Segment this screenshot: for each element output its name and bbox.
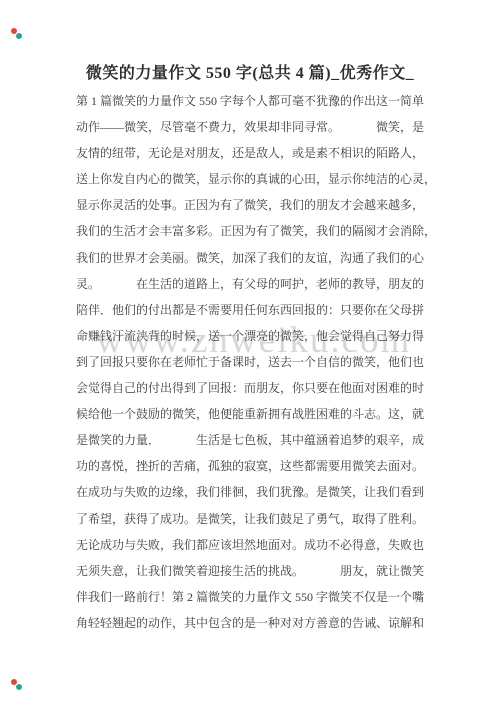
text-line: 功的喜悦，挫折的苦痛，孤独的寂寞，这些都需要用微笑去面对。 (76, 453, 424, 479)
text-line: 伴我们一路前行！第 2 篇微笑的力量作文 550 字微笑不仅是一个嘴 (76, 584, 424, 610)
text-line: 会觉得自己的付出得到了回报：而朋友，你只要在他面对困难的时 (76, 375, 424, 401)
text-segment: 我们的世界才会美丽。微笑，加深了我们的友谊，沟通了我们的心 (76, 251, 424, 265)
document-page: 微笑的力量作文 550 字(总共 4 篇)_优秀作文_ www.znweiku.… (0, 0, 500, 708)
text-segment: 无须失意，让我们微笑着迎接生活的挑战。 (76, 558, 304, 584)
text-line: 到了回报只要你在老师忙于备课时，送去一个自信的微笑，他们也 (76, 349, 424, 375)
text-segment: 是微笑的力量． (76, 427, 160, 453)
text-segment: 第 1 篇微笑的力量作文 550 字每个人都可毫不犹豫的作出这一简单 (76, 94, 424, 108)
text-line: 第 1 篇微笑的力量作文 550 字每个人都可毫不犹豫的作出这一简单 (76, 88, 424, 114)
text-segment: 灵。 (76, 271, 100, 297)
text-segment: 在生活的道路上，有父母的呵护，老师的教导，朋友的 (136, 271, 424, 297)
text-segment: 功的喜悦，挫折的苦痛，孤独的寂寞，这些都需要用微笑去面对。 (76, 459, 424, 473)
text-line: 在成功与失败的边缘，我们徘徊，我们犹豫。是微笑，让我们看到 (76, 479, 424, 505)
text-line: 友情的纽带，无论是对朋友，还是敌人，或是素不相识的陌路人， (76, 140, 424, 166)
text-line: 无须失意，让我们微笑着迎接生活的挑战。朋友，就让微笑 (76, 558, 424, 584)
text-segment: 角轻轻翘起的动作，其中包含的是一种对对方善意的告诫、谅解和 (76, 616, 424, 630)
text-line: 无论成功与失败，我们都应该坦然地面对。成功不必得意，失败也 (76, 532, 424, 558)
text-segment: 在成功与失败的边缘，我们徘徊，我们犹豫。是微笑，让我们看到 (76, 485, 424, 499)
text-segment: 动作——微笑，尽管毫不费力，效果却非同寻常。 (76, 114, 340, 140)
text-segment: 命赚钱汗流浃背的时候，送一个漂亮的微笑，他会觉得自己努力得 (76, 329, 424, 343)
text-segment: 我们的生活才会丰富多彩。正因为有了微笑，我们的隔阂才会消除， (76, 224, 436, 238)
text-line: 候给他一个鼓励的微笑，他便能重新拥有战胜困难的斗志。这，就 (76, 401, 424, 427)
text-segment: 生活是七色板，其中蕴涵着追梦的艰辛，成 (196, 427, 424, 453)
text-segment: 到了回报只要你在老师忙于备课时，送去一个自信的微笑，他们也 (76, 355, 424, 369)
text-line: 我们的生活才会丰富多彩。正因为有了微笑，我们的隔阂才会消除， (76, 218, 424, 244)
text-segment: 陪伴．他们的付出都是不需要用任何东西回报的：只要你在父母拼 (76, 303, 424, 317)
document-title: 微笑的力量作文 550 字(总共 4 篇)_优秀作文_ (0, 60, 500, 83)
text-segment: 微笑，是 (376, 114, 424, 140)
page-marker-teal-bottom-icon (16, 684, 22, 690)
text-segment: 会觉得自己的付出得到了回报：而朋友，你只要在他面对困难的时 (76, 381, 424, 395)
text-segment: 友情的纽带，无论是对朋友，还是敌人，或是素不相识的陌路人， (76, 146, 424, 160)
text-line: 动作——微笑，尽管毫不费力，效果却非同寻常。微笑，是 (76, 114, 424, 140)
text-line: 送上你发自内心的微笑，显示你的真诚的心田，显示你纯洁的心灵， (76, 166, 424, 192)
text-line: 陪伴．他们的付出都是不需要用任何东西回报的：只要你在父母拼 (76, 297, 424, 323)
page-marker-teal-top-icon (16, 33, 22, 39)
text-line: 角轻轻翘起的动作，其中包含的是一种对对方善意的告诫、谅解和 (76, 610, 424, 636)
text-segment: 伴我们一路前行！第 2 篇微笑的力量作文 550 字微笑不仅是一个嘴 (76, 590, 424, 604)
text-segment: 朋友，就让微笑 (340, 558, 424, 584)
text-segment: 了希望，获得了成功。是微笑，让我们鼓足了勇气，取得了胜利。 (76, 512, 424, 526)
text-segment: 候给他一个鼓励的微笑，他便能重新拥有战胜困难的斗志。这，就 (76, 407, 424, 421)
text-line: 命赚钱汗流浃背的时候，送一个漂亮的微笑，他会觉得自己努力得 (76, 323, 424, 349)
text-line: 了希望，获得了成功。是微笑，让我们鼓足了勇气，取得了胜利。 (76, 506, 424, 532)
text-line: 显示你灵活的处事。正因为有了微笑，我们的朋友才会越来越多， (76, 192, 424, 218)
text-segment: 送上你发自内心的微笑，显示你的真诚的心田，显示你纯洁的心灵， (76, 172, 436, 186)
text-segment: 显示你灵活的处事。正因为有了微笑，我们的朋友才会越来越多， (76, 198, 424, 212)
text-line: 我们的世界才会美丽。微笑，加深了我们的友谊，沟通了我们的心 (76, 245, 424, 271)
text-line: 是微笑的力量．生活是七色板，其中蕴涵着追梦的艰辛，成 (76, 427, 424, 453)
text-segment: 无论成功与失败，我们都应该坦然地面对。成功不必得意，失败也 (76, 538, 424, 552)
document-body: 第 1 篇微笑的力量作文 550 字每个人都可毫不犹豫的作出这一简单动作——微笑… (76, 88, 424, 636)
text-line: 灵。在生活的道路上，有父母的呵护，老师的教导，朋友的 (76, 271, 424, 297)
